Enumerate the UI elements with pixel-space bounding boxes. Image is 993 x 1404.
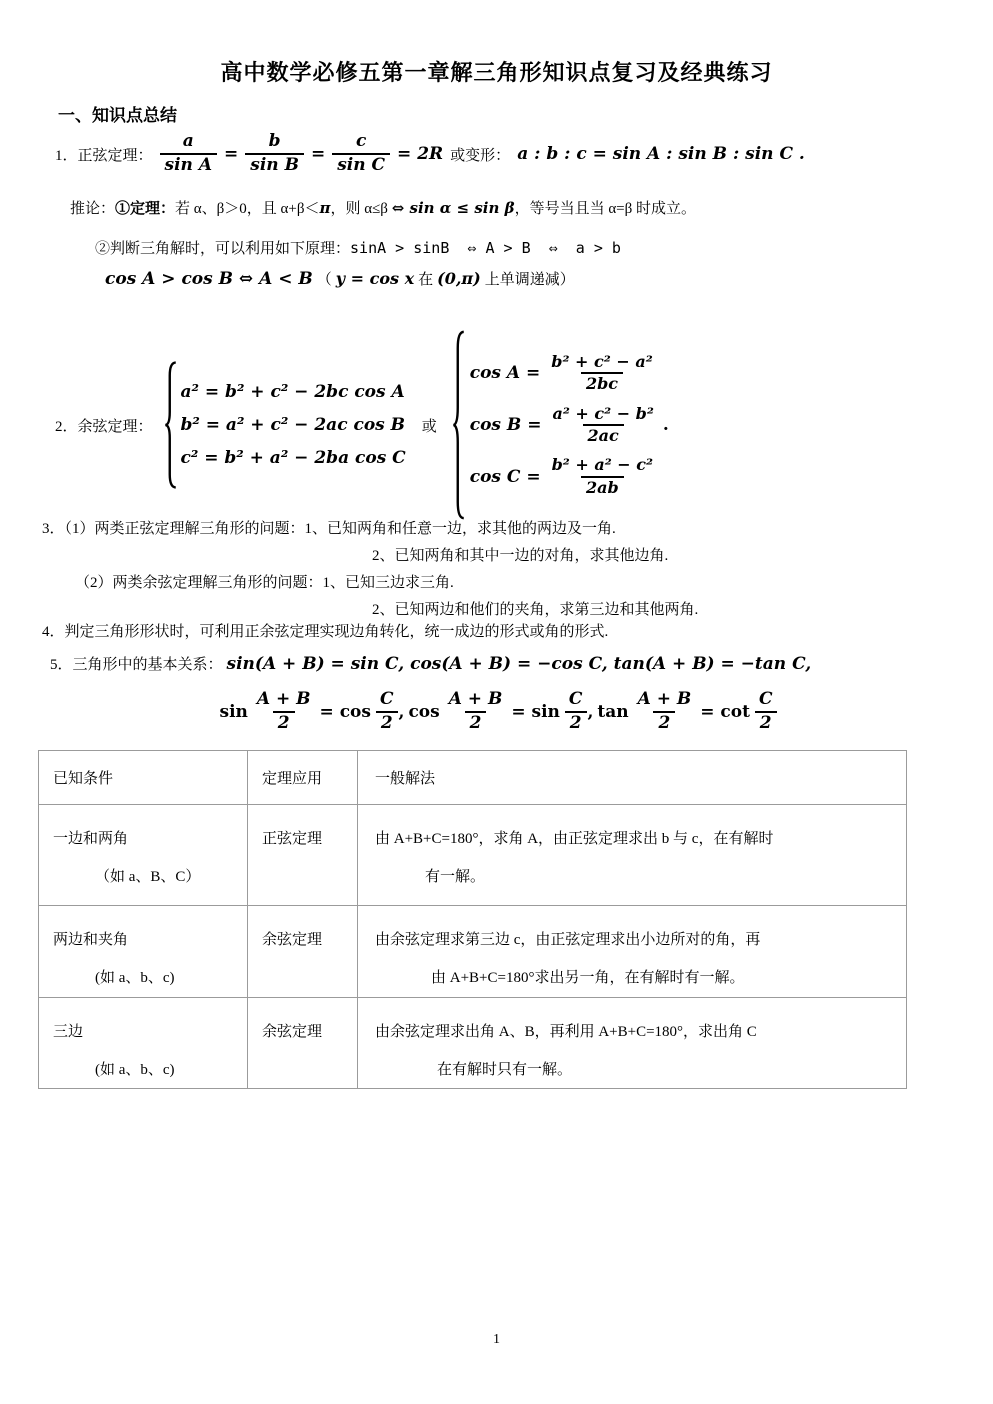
fraction-denominator: sin B (245, 153, 304, 176)
fraction-numerator: A + B (444, 690, 508, 711)
corollary-line2: ②判断三角解时，可以利用如下原理：sinA > sinB ⇔ A > B ⇔ a… (95, 237, 621, 258)
fraction-a-over-sinA: a sin A (160, 132, 218, 175)
fraction-denominator: 2 (653, 711, 675, 734)
corollary-line3: cos A > cos B ⇔ A < B （ y = cos x 在 (0,π… (105, 268, 579, 289)
interval-0-pi: (0,π) (437, 269, 481, 288)
condition-line2: (如 a、b、c) (95, 1058, 239, 1079)
cosA-fraction: b² + c² − a² 2bc (546, 353, 657, 394)
cosC-fraction: b² + a² − c² 2ab (547, 456, 658, 497)
frac-C-over-2: C 2 (754, 690, 778, 733)
corollary2-text: ②判断三角解时，可以利用如下原理： (95, 241, 350, 257)
y-cosx-function: y = cos x (336, 269, 414, 288)
frac-AB-over-2: A + B 2 (252, 690, 316, 733)
equation-b-squared: b² = a² + c² − 2ac cos B (181, 415, 406, 435)
sinA-sinB-chain: sinA > sinB ⇔ A > B ⇔ a > b (350, 239, 621, 257)
header-theorem-applied: 定理应用 (248, 751, 357, 788)
section-heading: 一、知识点总结 (58, 101, 177, 126)
equals-sign: = (224, 144, 238, 164)
frac-C-over-2: C 2 (375, 690, 399, 733)
condition-line2: （如 a、B、C） (95, 865, 239, 886)
fraction-denominator: 2bc (581, 372, 623, 393)
corollary-text-b: ，则 α≤β (330, 201, 391, 217)
cosine-rule-block: 2．余弦定理： a² = b² + c² − 2bc cos A b² = a²… (55, 330, 669, 520)
equation-a-squared: a² = b² + c² − 2bc cos A (181, 382, 406, 402)
problem-types-list: 3．（1）两类正弦定理解三角形的问题：1、已知两角和任意一边，求其他的两边及一角… (42, 516, 698, 624)
fraction-numerator: A + B (252, 690, 316, 711)
header-general-method: 一般解法 (358, 751, 906, 788)
fraction-numerator: b² + c² − a² (546, 353, 657, 372)
cosine-system-fractions: cos A = b² + c² − a² 2bc cos B = a² + c²… (470, 353, 659, 497)
document-page: 高中数学必修五第一章解三角形知识点复习及经典练习 一、知识点总结 1．正弦定理：… (0, 0, 993, 1404)
comma-separator: , (587, 702, 593, 722)
cosA-lhs: cos A = (470, 363, 541, 383)
shape-judgement-line: 4．判定三角形形状时，可利用正余弦定理实现边角转化，统一成边的形式或角的形式. (42, 620, 608, 641)
fraction-numerator: C (564, 690, 588, 711)
condition-line1: 一边和两角 (53, 827, 239, 848)
basic-relations-label: 5．三角形中的基本关系： (50, 653, 223, 674)
fraction-denominator: 2 (465, 711, 487, 734)
sine-rule-label: 1．正弦定理： (55, 144, 153, 165)
tan-function: tan (597, 702, 628, 722)
fraction-denominator: 2 (565, 711, 587, 734)
cosC-lhs: cos C = (470, 467, 541, 487)
page-number: 1 (0, 1332, 993, 1348)
or-label: 或 (422, 415, 437, 436)
fraction-numerator: C (754, 690, 778, 711)
iff-arrow: ⇔ (392, 199, 405, 217)
in-text: 在 (418, 268, 433, 289)
method-line2: 在有解时只有一解。 (437, 1058, 898, 1079)
theorem-cell: 正弦定理 (248, 805, 357, 848)
basic-relations-line: 5．三角形中的基本关系： sin(A + B) = sin C, cos(A +… (50, 653, 811, 674)
cosC-fraction-row: cos C = b² + a² − c² 2ab (470, 456, 659, 497)
corollary-text-a: 若 α、β＞0，且 α+β＜ (175, 201, 319, 217)
frac-AB-over-2: A + B 2 (633, 690, 697, 733)
corollary-text-c: ，等号当且当 α=β 时成立。 (515, 201, 696, 217)
equals-cos: = cos (320, 702, 371, 722)
method-line1: 由余弦定理求出角 A、B，再利用 A+B+C=180°，求出角 C (375, 1020, 898, 1041)
fraction-numerator: b (264, 132, 286, 153)
theorem-cell: 余弦定理 (248, 998, 357, 1041)
cosB-fraction-row: cos B = a² + c² − b² 2ac (470, 405, 659, 446)
cosB-fraction: a² + c² − b² 2ac (547, 405, 658, 446)
method-line2: 由 A+B+C=180°求出另一角，在有解时有一解。 (431, 966, 898, 987)
header-known-conditions: 已知条件 (39, 751, 247, 788)
equals-cot: = cot (700, 702, 750, 722)
fraction-numerator: C (375, 690, 399, 711)
fraction-numerator: A + B (633, 690, 697, 711)
cosB-lhs: cos B = (470, 415, 542, 435)
fraction-denominator: sin A (160, 153, 218, 176)
fraction-denominator: 2 (376, 711, 398, 734)
problems-line2: 2、已知两角和其中一边的对角，求其他边角. (372, 543, 698, 570)
table-row: 一边和两角 （如 a、B、C） 正弦定理 由 A+B+C=180°，求角 A，由… (39, 805, 907, 906)
sine-rule-line: 1．正弦定理： a sin A = b sin B = c sin C = 2R… (55, 124, 812, 184)
condition-line2: (如 a、b、c) (95, 966, 239, 987)
fraction-b-over-sinB: b sin B (245, 132, 304, 175)
corollary-prefix: 推论： (70, 201, 115, 217)
method-line1: 由余弦定理求第三边 c，由正弦定理求出小边所对的角，再 (375, 928, 898, 949)
table-header-row: 已知条件 定理应用 一般解法 (39, 751, 907, 805)
open-paren: （ (317, 268, 332, 289)
page-title: 高中数学必修五第一章解三角形知识点复习及经典练习 (0, 56, 993, 87)
table-row: 两边和夹角 (如 a、b、c) 余弦定理 由余弦定理求第三边 c，由正弦定理求出… (39, 906, 907, 998)
cos-function: cos (408, 702, 439, 722)
corollary-line1: 推论：①定理：若 α、β＞0，且 α+β＜π，则 α≤β ⇔ sin α ≤ s… (70, 197, 696, 218)
theorem-cell: 余弦定理 (248, 906, 357, 949)
condition-line1: 三边 (53, 1020, 239, 1041)
fraction-denominator: sin C (332, 153, 390, 176)
solution-methods-table: 已知条件 定理应用 一般解法 一边和两角 （如 a、B、C） 正弦定理 由 A+… (38, 750, 907, 1089)
fraction-denominator: 2ab (581, 476, 624, 497)
angle-sum-identities: sin(A + B) = sin C, cos(A + B) = −cos C,… (227, 654, 812, 674)
fraction-denominator: 2 (273, 711, 295, 734)
equation-c-squared: c² = b² + a² − 2ba cos C (181, 448, 406, 468)
condition-line1: 两边和夹角 (53, 928, 239, 949)
theorem-bold-label: ①定理： (115, 201, 175, 217)
variant-label: 或变形： (450, 144, 510, 165)
cosine-rule-label: 2．余弦定理： (55, 415, 153, 436)
table-row: 三边 (如 a、b、c) 余弦定理 由余弦定理求出角 A、B，再利用 A+B+C… (39, 998, 907, 1089)
period-mark: . (663, 415, 669, 435)
fraction-numerator: a (178, 132, 199, 153)
fraction-numerator: a² + c² − b² (547, 405, 658, 424)
fraction-denominator: 2 (755, 711, 777, 734)
problems-line1: 3．（1）两类正弦定理解三角形的问题：1、已知两角和任意一边，求其他的两边及一角… (42, 516, 698, 543)
comma-separator: , (399, 702, 405, 722)
problems-line3: （2）两类余弦定理解三角形的问题：1、已知三边求三角. (75, 570, 698, 597)
equals-sin: = sin (511, 702, 560, 722)
half-angle-formula: sin A + B 2 = cos C 2 , cos A + B 2 = si… (0, 690, 993, 733)
sin-function: sin (220, 702, 248, 722)
fraction-numerator: c (351, 132, 371, 153)
frac-C-over-2: C 2 (564, 690, 588, 733)
sin-inequality: sin α ≤ sin β (404, 199, 514, 217)
cosA-fraction-row: cos A = b² + c² − a² 2bc (470, 353, 659, 394)
monotone-text: 上单调递减） (485, 268, 575, 289)
fraction-denominator: 2ac (583, 424, 624, 445)
method-line2: 有一解。 (425, 865, 898, 886)
ratio-formula: a : b : c = sin A : sin B : sin C . (517, 144, 805, 164)
frac-AB-over-2: A + B 2 (444, 690, 508, 733)
curly-brace-right-icon (451, 329, 466, 521)
cosine-system-squares: a² = b² + c² − 2bc cos A b² = a² + c² − … (181, 382, 406, 468)
method-line1: 由 A+B+C=180°，求角 A，由正弦定理求出 b 与 c，在有解时 (375, 827, 898, 848)
pi-symbol: π (319, 199, 330, 217)
fraction-c-over-sinC: c sin C (332, 132, 390, 175)
fraction-numerator: b² + a² − c² (547, 456, 658, 475)
equals-sign: = (311, 144, 325, 164)
curly-brace-left-icon (163, 360, 178, 490)
cos-inequality: cos A > cos B ⇔ A < B (105, 269, 313, 289)
equals-2R: = 2R (397, 144, 443, 164)
